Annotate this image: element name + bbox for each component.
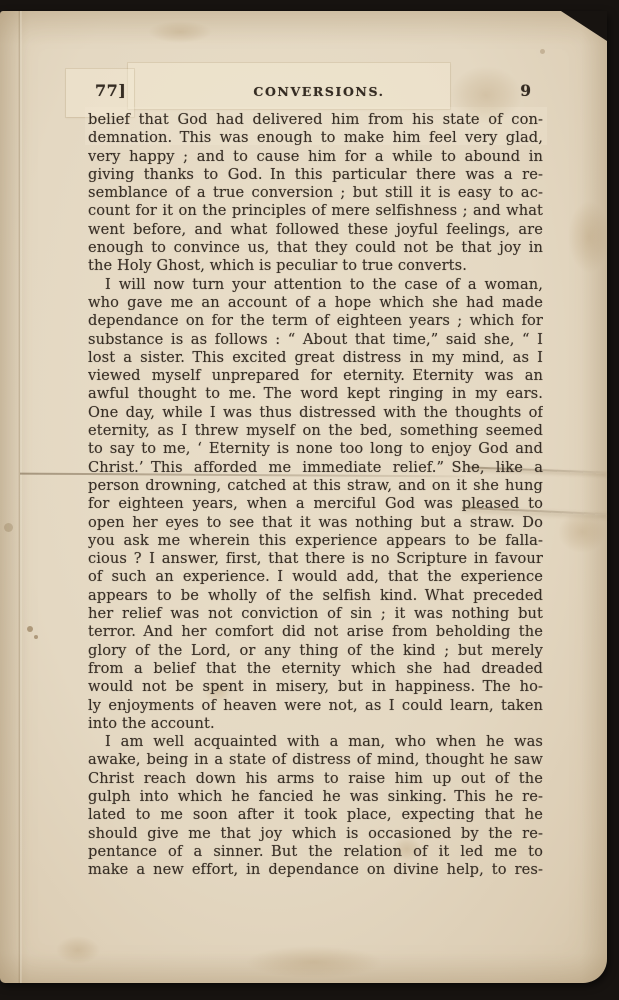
text-block: belief that God had delivered him from h…	[88, 111, 543, 879]
text-line: I am well acquainted with a man, who whe…	[88, 733, 543, 751]
text-line: cious ? I answer, first, that there is n…	[88, 550, 543, 568]
text-line: of such an experience. I would add, that…	[88, 568, 543, 586]
paragraph: I will now turn your attention to the ca…	[88, 276, 543, 733]
text-line: giving thanks to God. In this particular…	[88, 166, 543, 184]
text-line: substance is as follows : “ About that t…	[88, 331, 543, 349]
text-line: terror. And her comfort did not arise fr…	[88, 623, 543, 641]
running-title: CONVERSIONS.	[165, 84, 473, 99]
text-line: count for it on the principles of mere s…	[88, 202, 543, 220]
text-line: very happy ; and to cause him for a whil…	[88, 148, 543, 166]
page-content: 77] CONVERSIONS. 9 belief that God had d…	[0, 11, 607, 983]
text-line: glory of the Lord, or any thing of the k…	[88, 642, 543, 660]
text-line: gulph into which he fancied he was sinki…	[88, 788, 543, 806]
text-line: enough to convince us, that they could n…	[88, 239, 543, 257]
text-line: awful thought to me. The word kept ringi…	[88, 385, 543, 403]
text-line: person drowning, catched at this straw, …	[88, 477, 543, 495]
text-line: belief that God had delivered him from h…	[88, 111, 543, 129]
page-background: 77] CONVERSIONS. 9 belief that God had d…	[0, 0, 619, 1000]
text-line: who gave me an account of a hope which s…	[88, 294, 543, 312]
text-line: One day, while I was thus distressed wit…	[88, 404, 543, 422]
text-line: you ask me wherein this experience appea…	[88, 532, 543, 550]
text-line: the Holy Ghost, which is peculiar to tru…	[88, 257, 543, 275]
text-line: make a new effort, in dependance on divi…	[88, 861, 543, 879]
page-header: 77] CONVERSIONS. 9	[88, 81, 543, 101]
text-line: to say to me, ‘ Eternity is none too lon…	[88, 440, 543, 458]
text-line: should give me that joy which is occasio…	[88, 825, 543, 843]
text-line: would not be spent in misery, but in hap…	[88, 678, 543, 696]
page-number: 9	[473, 81, 543, 100]
text-line: dependance on for the term of eighteen y…	[88, 312, 543, 330]
text-line: semblance of a true conversion ; but sti…	[88, 184, 543, 202]
text-line: demnation. This was enough to make him f…	[88, 129, 543, 147]
text-line: awake, being in a state of distress of m…	[88, 751, 543, 769]
text-line: viewed myself unprepared for eternity. E…	[88, 367, 543, 385]
paragraph: I am well acquainted with a man, who whe…	[88, 733, 543, 879]
text-line: eternity, as I threw myself on the bed, …	[88, 422, 543, 440]
text-line: from a belief that the eternity which sh…	[88, 660, 543, 678]
signature-mark: 77]	[88, 81, 165, 100]
text-line: pentance of a sinner. But the relation o…	[88, 843, 543, 861]
text-line: Christ.’ This afforded me immediate reli…	[88, 459, 543, 477]
text-line: appears to be wholly of the selfish kind…	[88, 587, 543, 605]
paragraph: belief that God had delivered him from h…	[88, 111, 543, 276]
text-line: lated to me soon after it took place, ex…	[88, 806, 543, 824]
text-line: ly enjoyments of heaven were not, as I c…	[88, 697, 543, 715]
text-line: I will now turn your attention to the ca…	[88, 276, 543, 294]
text-line: her relief was not conviction of sin ; i…	[88, 605, 543, 623]
text-line: for eighteen years, when a merciful God …	[88, 495, 543, 513]
book-page: 77] CONVERSIONS. 9 belief that God had d…	[0, 11, 607, 983]
text-line: into the account.	[88, 715, 543, 733]
text-line: lost a sister. This excited great distre…	[88, 349, 543, 367]
text-line: Christ reach down his arms to raise him …	[88, 770, 543, 788]
text-line: open her eyes to see that it was nothing…	[88, 514, 543, 532]
text-line: went before, and what followed these joy…	[88, 221, 543, 239]
